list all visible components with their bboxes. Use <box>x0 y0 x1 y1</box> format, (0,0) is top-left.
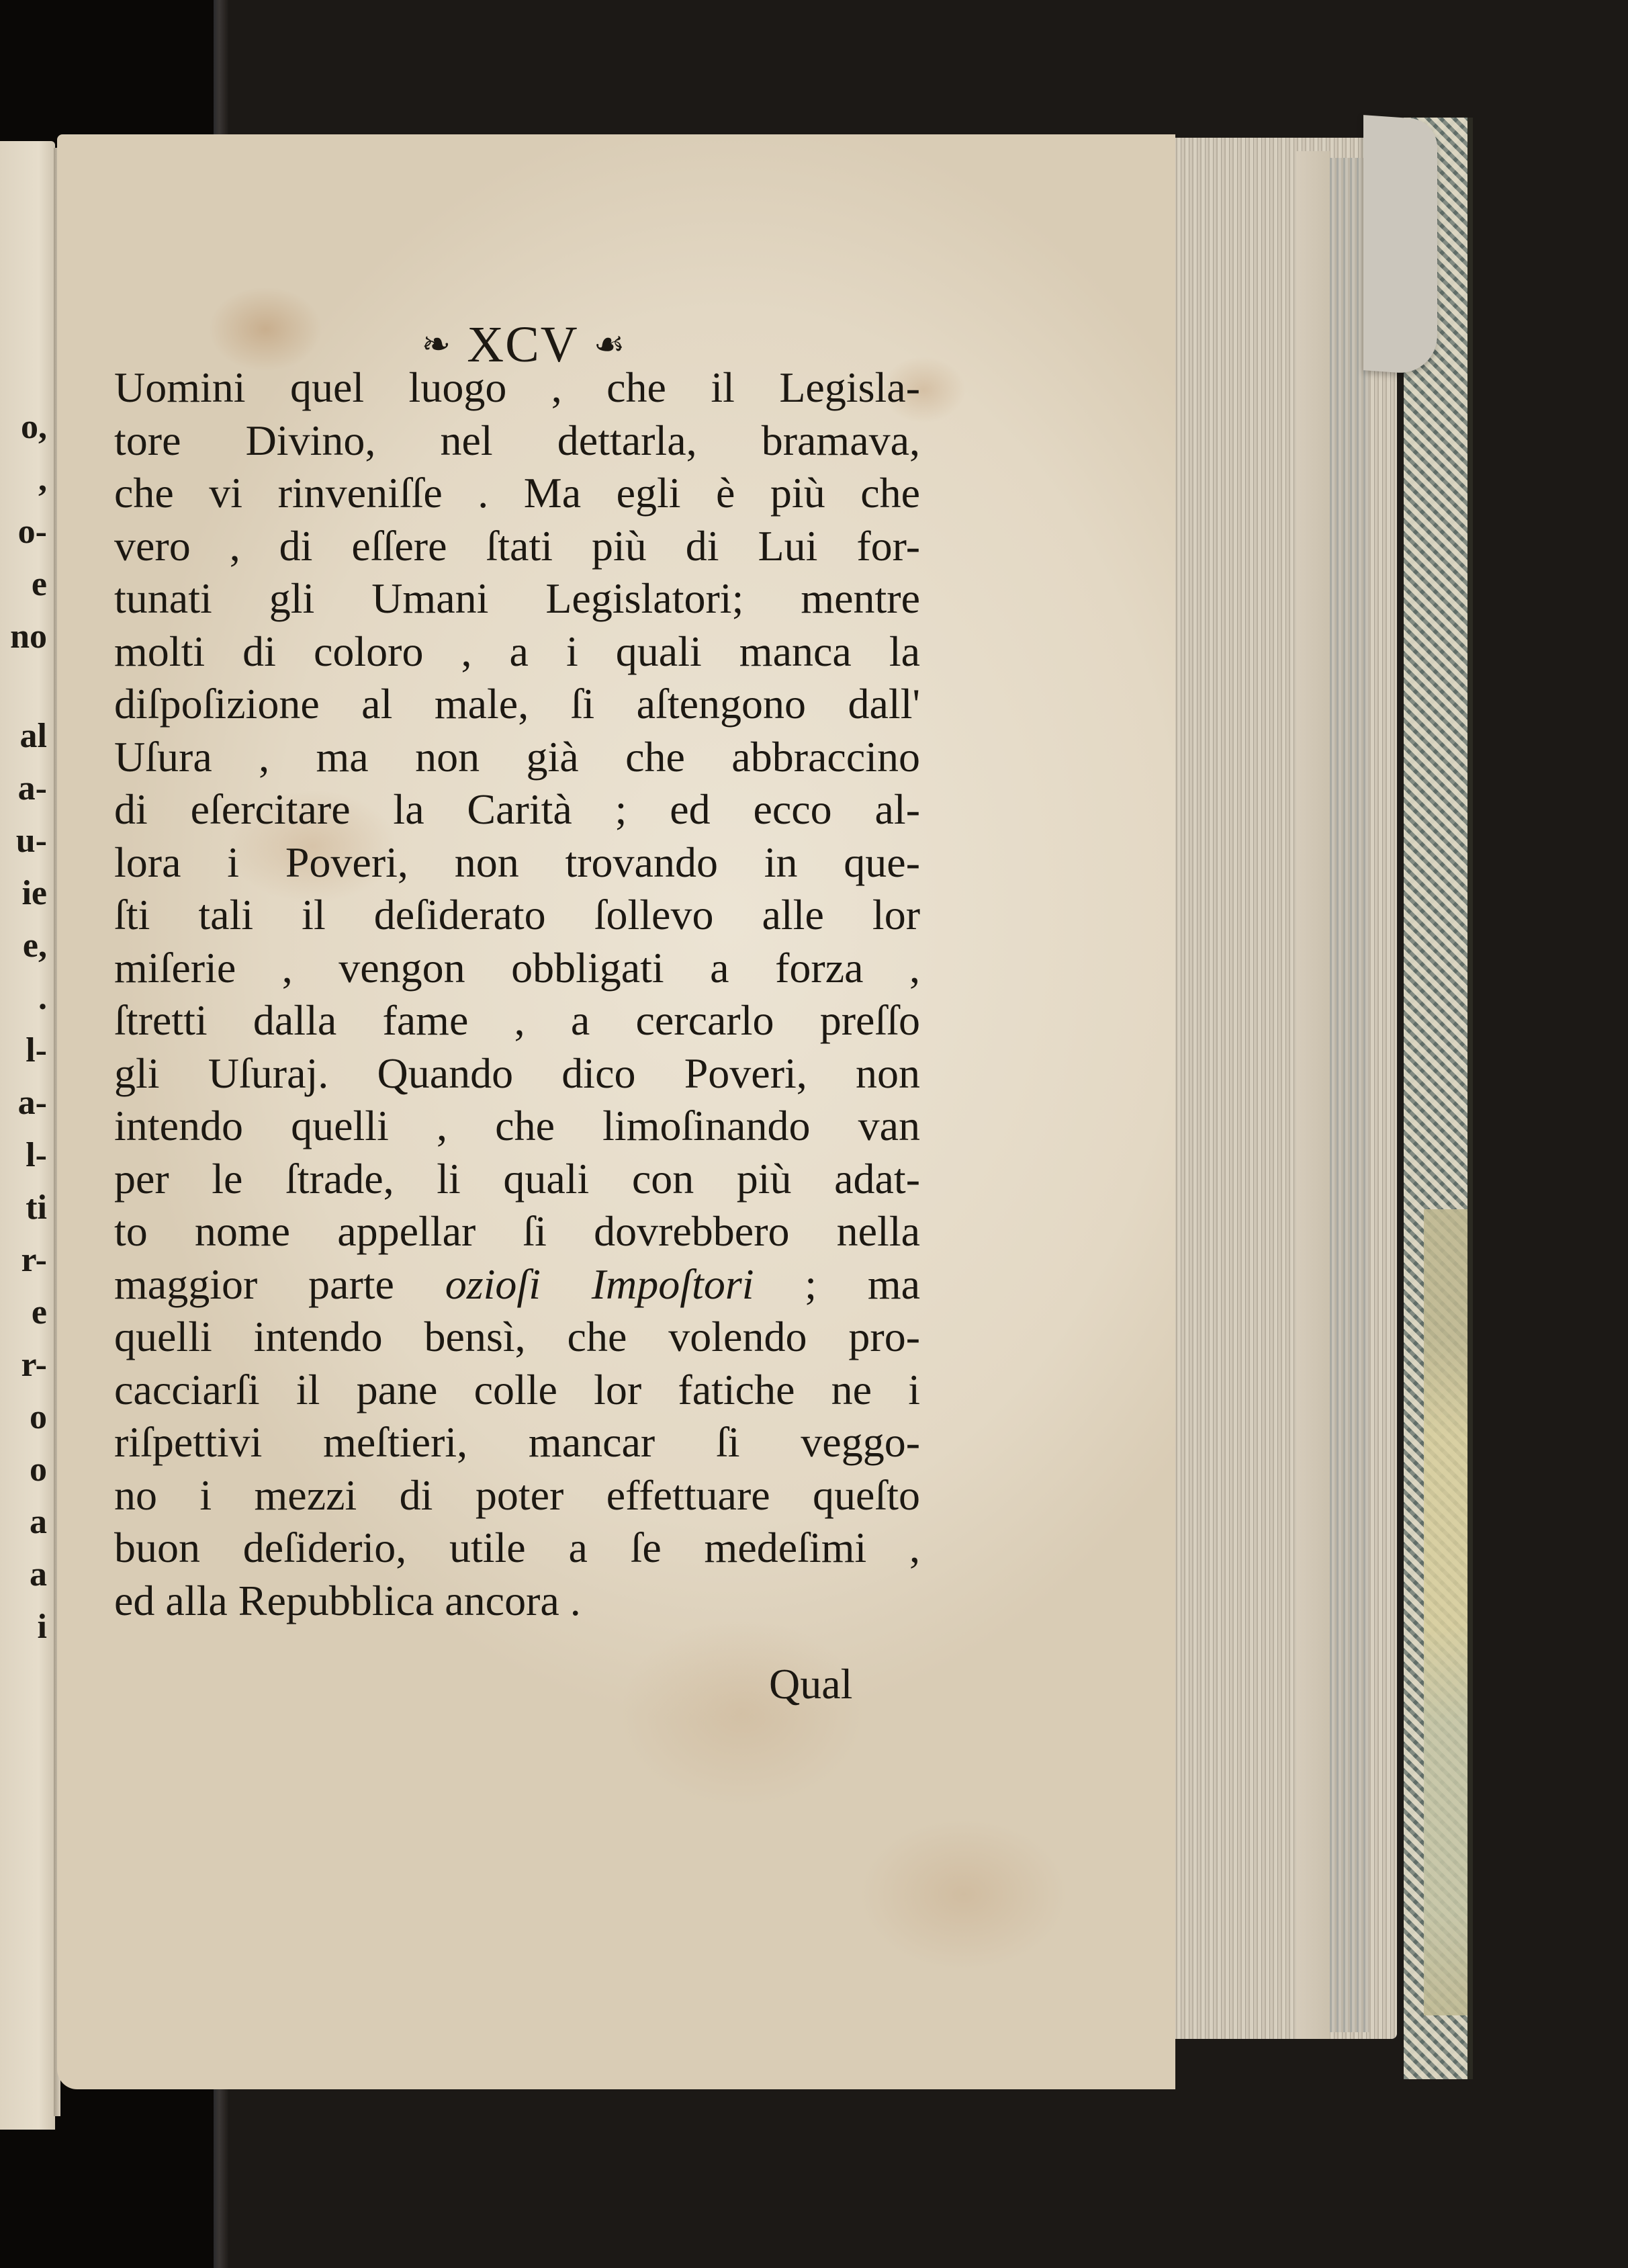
fleuron-left-icon: ❧ <box>422 324 453 365</box>
left-page-text: . <box>0 981 47 1016</box>
left-page-text: , <box>0 462 47 497</box>
fleuron-right-icon: ☙ <box>594 324 627 365</box>
left-page-text: al <box>0 719 47 754</box>
left-page-text: ti <box>0 1190 47 1225</box>
text-segment: ; ma <box>754 1260 921 1308</box>
text-line: buon deſiderio, utile a ſe medeſimi , <box>114 1522 920 1575</box>
left-page-text: e <box>0 1295 47 1330</box>
left-page-text: u- <box>0 824 47 859</box>
left-page-text: i <box>0 1610 47 1645</box>
text-line: molti di coloro , a i quali manca la <box>114 625 920 679</box>
text-line-italic: maggior parte ozioſi Impoſtori ; ma <box>114 1258 920 1311</box>
text-line: to nome appellar ſi dovrebbero nella <box>114 1205 920 1258</box>
text-line: tore Divino, nel dettarla, bramava, <box>114 415 920 468</box>
left-page-text: o <box>0 1400 47 1435</box>
left-page-text: r- <box>0 1348 47 1383</box>
left-page-text: a- <box>0 1086 47 1121</box>
text-line: intendo quelli , che limoſinando van <box>114 1100 920 1153</box>
left-page-text: a- <box>0 771 47 806</box>
text-line: di eſercitare la Carità ; ed ecco al- <box>114 783 920 836</box>
text-line: lora i Poveri, non trovando in que- <box>114 836 920 889</box>
text-line: miſerie , vengon obbligati a forza , <box>114 942 920 995</box>
text-line: che vi rinveniſſe . Ma egli è più che <box>114 467 920 520</box>
text-line: no i mezzi di poter effettuare queſto <box>114 1469 920 1522</box>
page-body-text: Uomini quel luogo , che il Legisla- tore… <box>114 361 920 1627</box>
text-line: quelli intendo bensì, che volendo pro- <box>114 1311 920 1364</box>
left-page-fragment: o, , o- e no al a- u- ie e, . l- a- l- t… <box>0 141 55 2130</box>
text-line: gli Uſuraj. Quando dico Poveri, non <box>114 1047 920 1100</box>
left-page-text: a <box>0 1505 47 1540</box>
text-segment: maggior parte <box>114 1260 445 1308</box>
left-page-text: o <box>0 1452 47 1487</box>
left-page-text: no <box>0 619 47 654</box>
text-line: ſti tali il deſiderato ſollevo alle lor <box>114 889 920 942</box>
left-page-text: e, <box>0 928 47 963</box>
text-line: diſpoſizione al male, ſi aſtengono dall' <box>114 678 920 731</box>
italic-phrase: ozioſi Impoſtori <box>445 1260 754 1308</box>
catchword: Qual <box>769 1659 852 1709</box>
text-line: vero , di eſſere ſtati più di Lui for- <box>114 520 920 573</box>
left-page-text: l- <box>0 1138 47 1173</box>
text-line: tunati gli Umani Legislatori; mentre <box>114 572 920 625</box>
torn-flyleaf <box>1363 115 1437 376</box>
left-page-text: o- <box>0 515 47 550</box>
book-cover-marbled <box>1424 1209 1467 2015</box>
text-line: Uſura , ma non già che abbraccino <box>114 731 920 784</box>
text-line: cacciarſi il pane colle lor fatiche ne i <box>114 1364 920 1417</box>
left-page-text: r- <box>0 1243 47 1278</box>
text-line: per le ſtrade, li quali con più adat- <box>114 1153 920 1206</box>
page-block-edge-light <box>1296 151 1330 2039</box>
text-line: Uomini quel luogo , che il Legisla- <box>114 361 920 415</box>
text-line: ſtretti dalla fame , a cercarlo preſſo <box>114 994 920 1047</box>
left-page-text: a <box>0 1557 47 1592</box>
left-page-text: o, <box>0 410 47 445</box>
page-block-edge-grey <box>1330 158 1370 2032</box>
text-line: ed alla Repubblica ancora . <box>114 1575 920 1628</box>
left-page-text: ie <box>0 876 47 911</box>
left-page-text: l- <box>0 1033 47 1068</box>
left-page-text: e <box>0 567 47 602</box>
text-line: riſpettivi meſtieri, mancar ſi veggo- <box>114 1416 920 1469</box>
